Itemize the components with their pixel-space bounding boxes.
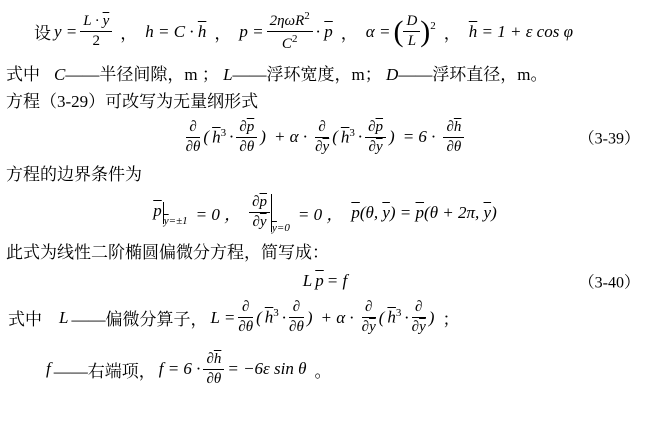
L-equals: L = [210,308,235,328]
d-dtheta-operator: ∂∂θ [289,299,304,337]
h-bar: h [469,22,478,41]
h-definition: h = C · h [145,22,206,42]
substitution-definitions-line: 设 y = L · y 2 ， h = C · h ， p = 2ηωR2 C2… [34,10,644,54]
shizhong-label: 式中 [6,65,40,84]
equation-3-39: ∂∂θ ( h3 · ∂p∂θ ) + α · ∂∂y ( h3 · ∂p∂y … [6,119,644,157]
left-paren: ( [256,308,262,328]
right-paren: ) [429,308,435,328]
document-page: 设 y = L · y 2 ， h = C · h ， p = 2ηωR2 C2… [0,0,650,446]
operator-definition-line: 式中 L ——偏微分算子， L = ∂∂θ ( h3 · ∂∂θ ) + α ·… [8,299,644,337]
equals-f: = f [327,271,347,291]
y-equals: y = [54,22,77,42]
left-paren: ( [203,127,209,147]
L-description: ——偏微分算子， [71,305,207,330]
right-paren: ) [260,127,266,147]
equation-number-3-40: （3-40） [579,270,640,293]
p-bar: p [315,271,324,291]
dh-dtheta: ∂h∂θ [203,351,224,389]
left-paren: ( [332,127,338,147]
h-bar-cubed: h3 [341,127,355,148]
dot-p-bar: · p [316,22,333,42]
alpha-equals: α = [366,22,391,42]
comma: ， [214,19,231,44]
L-var: L [59,308,68,328]
periodicity-condition: p(θ, y) = p(θ + 2π, y) [351,203,496,223]
fraction-2etaomegaR2-over-C2: 2ηωR2 C2 [267,10,313,54]
semicolon: ； [442,305,459,330]
f-var: f [46,359,51,379]
big-right-paren: ) [420,15,430,48]
left-paren: ( [379,308,385,328]
h-bar-definition: h = 1 + ε cos φ [469,22,573,42]
equals-six-dot: = 6 · [403,127,436,147]
equals-minus-six-epsilon-sin-theta: = −6ε sin θ [227,359,306,379]
big-left-paren: ( [393,15,403,48]
dot: · [282,308,286,328]
right-paren: ) [389,127,395,147]
d-dybar-operator: ∂∂y [362,299,376,337]
equation-3-39-body: ∂∂θ ( h3 · ∂p∂θ ) + α · ∂∂y ( h3 · ∂p∂y … [186,119,465,157]
equation-number-3-39: （3-39） [579,126,640,149]
rhs-definition-line: f ——右端项， f = 6 · ∂h∂θ = −6ε sin θ 。 [46,351,644,389]
p-equals: p = [239,22,263,42]
shizhong-label: 式中 [8,305,42,330]
dp-dybar-eval-ybar-0: ∂p∂yy=0 [249,194,290,232]
C-var: C [54,65,65,84]
L-var: L [223,65,232,84]
f-equals-six-dot: f = 6 · [159,359,201,379]
p-bar: p [324,22,333,41]
D-over-L-squared: (DL)2 [393,13,435,51]
operator-L: L [303,271,312,291]
h-bar-cubed: h3 [265,307,279,328]
d-dybar-operator: ∂∂y [412,299,426,337]
equals-zero-comma: = 0 ， [298,200,343,225]
h-bar: h [198,22,207,41]
p-bar-eval-ybar-pm1: py=±1 [153,201,187,223]
dp-dtheta: ∂p∂θ [236,119,257,157]
plus-alpha-dot: + α · [274,127,307,147]
boundary-condition-intro-line: 方程的边界条件为 [6,162,644,188]
equals-zero-comma: = 0 ， [196,200,241,225]
fraction-L-ybar-over-2: L · y 2 [80,13,112,51]
equation-3-40-body: Lp = f [303,271,347,291]
dot: · [229,127,233,147]
boundary-conditions-equation: py=±1 = 0 ， ∂p∂yy=0 = 0 ， p(θ, y) = p(θ … [6,194,644,232]
line1-lead: 设 [34,19,51,44]
dp-dybar: ∂p∂y [365,119,386,157]
right-paren: ) [307,308,313,328]
y-bar: y [103,13,110,29]
plus-alpha-dot: + α · [321,308,354,328]
dot: · [358,127,362,147]
comma: ， [341,19,358,44]
elliptic-pde-statement-line: 此式为线性二阶椭圆偏微分方程，简写成： [6,240,644,266]
equation-3-40: Lp = f （3-40） [6,271,644,291]
comma: ， [120,19,137,44]
symbol-explanation-line: 式中C——半径间隙，m ； L——浮环宽度，m； D——浮环直径，m。 [6,62,644,88]
dot: · [404,308,408,328]
equation-intro-line: 方程（3-29）可改写为无量纲形式 [6,89,644,115]
comma: ， [444,19,461,44]
period: 。 [314,357,331,382]
h-bar-cubed: h3 [212,127,226,148]
d-dtheta-operator: ∂∂θ [186,119,201,157]
d-dtheta-operator: ∂∂θ [238,299,253,337]
d-dybar-operator: ∂∂y [315,119,329,157]
D-var: D [386,65,398,84]
f-description: ——右端项， [54,357,156,382]
h-bar-cubed: h3 [387,307,401,328]
boundary-conditions-body: py=±1 = 0 ， ∂p∂yy=0 = 0 ， p(θ, y) = p(θ … [153,194,497,232]
dh-dtheta: ∂h∂θ [443,119,464,157]
